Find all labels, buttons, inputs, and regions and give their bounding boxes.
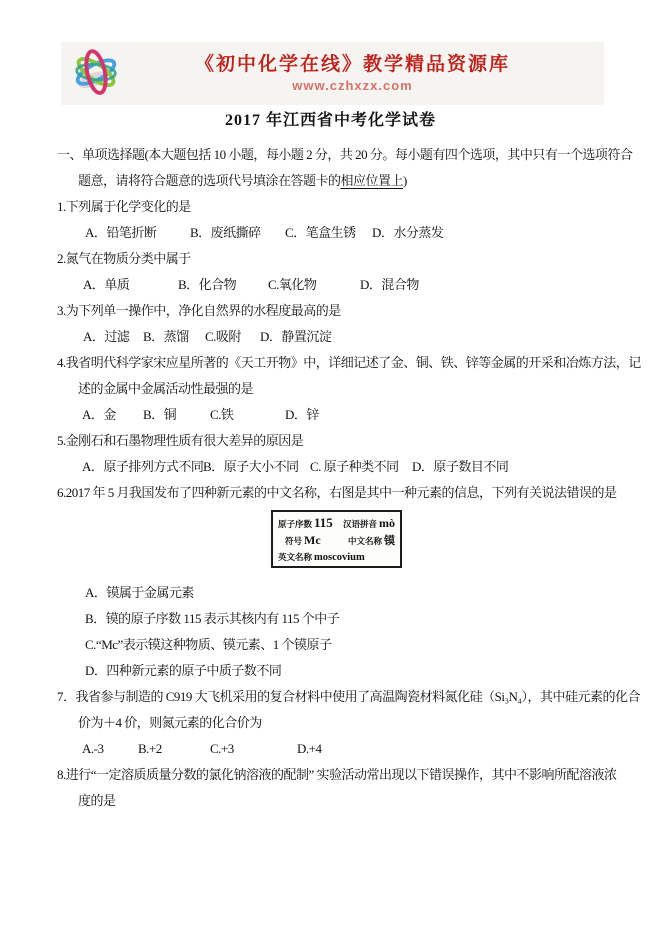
section-heading-line2: 题意，请将符合题意的选项代号填涂在答题卡的相应位置上) — [57, 168, 605, 194]
question-6-option-d: D．四种新元素的原子中质子数不同 — [57, 658, 605, 684]
question-8-stem-line1: 8.进行“一定溶质质量分数的氯化钠溶液的配制” 实验活动常出现以下错误操作，其中… — [57, 762, 605, 788]
option: C.吸附 — [205, 324, 241, 350]
option: C．笔盒生锈 — [285, 220, 356, 246]
section-heading-line1: 一、单项选择题(本大题包括 10 小题，每小题 2 分，共 20 分。每小题有四… — [57, 142, 605, 168]
atomic-number-value: 115 — [314, 515, 333, 530]
option: C.铁 — [210, 402, 233, 428]
question-1-stem: 1.下列属于化学变化的是 — [57, 194, 605, 220]
question-2-options: A．单质 B．化合物 C.氧化物 D．混合物 — [57, 272, 605, 298]
element-card-row3: 英文名称moscovium — [278, 553, 395, 564]
option: B．蒸馏 — [143, 324, 189, 350]
question-5-options: A．原子排列方式不同 B．原子大小不同 C. 原子种类不同 D．原子数目不同 — [57, 454, 605, 480]
question-6-option-c: C.“Mc”表示镆这种物质、镆元素、1 个镆原子 — [57, 632, 605, 658]
option: B．化合物 — [178, 272, 236, 298]
question-7-stem-line1: 7．我省参与制造的 C919 大飞机采用的复合材料中使用了高温陶瓷材料氮化硅（S… — [57, 684, 605, 710]
exam-content: 一、单项选择题(本大题包括 10 小题，每小题 2 分，共 20 分。每小题有四… — [57, 142, 605, 814]
option: A．原子排列方式不同 — [82, 454, 203, 480]
option: B．原子大小不同 — [203, 454, 299, 480]
option: A．铅笔折断 — [85, 220, 156, 246]
option: B．废纸撕碎 — [190, 220, 261, 246]
pinyin-label: 汉语拼音 — [343, 519, 377, 529]
banner-text-block: 《初中化学在线》教学精品资源库 www.czhxzx.com — [131, 53, 604, 94]
element-card-row2: 符号Mc 中文名称镆 — [278, 534, 395, 547]
question-7-options: A.-3 B.+2 C.+3 D.+4 — [57, 736, 605, 762]
question-8-stem-line2: 度的是 — [57, 788, 605, 814]
symbol-value: Mc — [304, 533, 321, 547]
question-6-stem: 6.2017 年 5 月我国发布了四种新元素的中文名称，右图是其中一种元素的信息… — [57, 480, 605, 506]
chinese-name-value: 镆 — [384, 535, 395, 547]
underlined-phrase: 相应位置上 — [341, 173, 404, 188]
pinyin-value: mò — [379, 516, 395, 530]
symbol-label: 符号 — [285, 536, 302, 546]
question-5-stem: 5.金刚石和石墨物理性质有很大差异的原因是 — [57, 428, 605, 454]
option: B．铜 — [143, 402, 176, 428]
english-name-value: moscovium — [314, 552, 365, 563]
option: A．金 — [82, 402, 116, 428]
banner-title: 《初中化学在线》教学精品资源库 — [131, 53, 574, 77]
question-7-stem-line2: 价为＋4 价，则氮元素的化合价为 — [57, 710, 605, 736]
option: A．过滤 — [83, 324, 129, 350]
element-info-card: 原子序数115 汉语拼音mò 符号Mc 中文名称镆 英文名称moscovium — [271, 510, 402, 568]
question-2-stem: 2.氮气在物质分类中属于 — [57, 246, 605, 272]
question-6-option-b: B．镆的原子序数 115 表示其核内有 115 个中子 — [57, 606, 605, 632]
option: A．单质 — [83, 272, 129, 298]
option: C.氧化物 — [268, 272, 316, 298]
atom-logo-icon — [61, 44, 131, 104]
option: D．静置沉淀 — [260, 324, 331, 350]
option: B.+2 — [138, 736, 162, 762]
option: C.+3 — [210, 736, 234, 762]
english-name-label: 英文名称 — [278, 552, 312, 562]
exam-paper-page: 《初中化学在线》教学精品资源库 www.czhxzx.com 2017 年江西省… — [0, 0, 661, 935]
option: D．原子数目不同 — [412, 454, 508, 480]
option: D．水分蒸发 — [372, 220, 443, 246]
site-banner: 《初中化学在线》教学精品资源库 www.czhxzx.com — [61, 42, 604, 105]
question-4-stem-line2: 述的金属中金属活动性最强的是 — [57, 376, 605, 402]
option: D．混合物 — [360, 272, 419, 298]
option: D．锌 — [285, 402, 319, 428]
question-3-options: A．过滤 B．蒸馏 C.吸附 D．静置沉淀 — [57, 324, 605, 350]
option: A.-3 — [82, 736, 103, 762]
option: D.+4 — [297, 736, 321, 762]
question-1-options: A．铅笔折断 B．废纸撕碎 C．笔盒生锈 D．水分蒸发 — [57, 220, 605, 246]
banner-url: www.czhxzx.com — [131, 77, 574, 94]
element-card-row1: 原子序数115 汉语拼音mò — [278, 516, 395, 529]
page-title: 2017 年江西省中考化学试卷 — [0, 107, 661, 130]
question-3-stem: 3.为下列单一操作中，净化自然界的水程度最高的是 — [57, 298, 605, 324]
question-4-options: A．金 B．铜 C.铁 D．锌 — [57, 402, 605, 428]
question-4-stem-line1: 4.我省明代科学家宋应星所著的《天工开物》中，详细记述了金、铜、铁、锌等金属的开… — [57, 350, 605, 376]
option: C. 原子种类不同 — [310, 454, 399, 480]
atomic-number-label: 原子序数 — [278, 519, 312, 529]
question-6-option-a: A．镆属于金属元素 — [57, 580, 605, 606]
chinese-name-label: 中文名称 — [348, 536, 382, 546]
